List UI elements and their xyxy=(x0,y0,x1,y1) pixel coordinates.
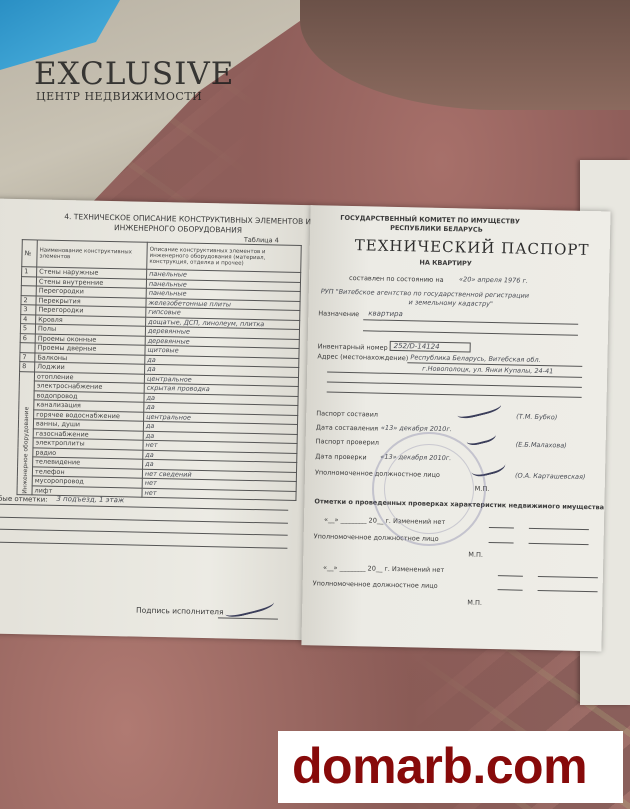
notes-line xyxy=(0,541,287,548)
name-blank xyxy=(529,543,589,545)
as-of-label: составлен по состоянию на xyxy=(349,274,444,284)
domarb-site: domarb.com xyxy=(292,737,587,795)
purpose-label: Назначение xyxy=(318,309,359,318)
row-number: 4 xyxy=(21,314,36,324)
official-name: (О.А. Карташевская) xyxy=(515,472,586,481)
inventory-label: Инвентарный номер xyxy=(318,342,388,351)
purpose-line xyxy=(363,330,578,336)
row-number xyxy=(21,286,36,296)
row-number: 2 xyxy=(21,295,36,305)
check-official-2: Уполномоченное должностное лицо xyxy=(313,579,438,590)
row-number: 5 xyxy=(20,324,35,334)
official-stamp xyxy=(372,432,486,546)
inventory-value: 252/D-14124 xyxy=(390,341,471,353)
header-name: Наименование конструктивных элементов xyxy=(37,240,148,269)
check-seal-1: М.П. xyxy=(468,551,483,559)
checked-date-label: Дата проверки xyxy=(315,452,367,461)
signature-label: Подпись исполнителя xyxy=(136,606,224,617)
document-subtitle: НА КВАРТИРУ xyxy=(419,258,472,267)
address-label: Адрес (местонахождение) xyxy=(317,352,408,362)
row-number xyxy=(20,343,35,353)
notes-line xyxy=(0,516,288,523)
row-value: нет xyxy=(142,488,296,501)
purpose-line xyxy=(363,319,578,325)
composed-date: «13» декабря 2010г. xyxy=(381,424,452,433)
as-of-value: «20» апреля 1976 г. xyxy=(459,275,528,284)
composed-name: (Т.М. Бубко) xyxy=(516,413,557,422)
watermark-logo: EXCLUSIVE ЦЕНТР НЕДВИЖИМОСТИ xyxy=(34,58,234,103)
row-number xyxy=(21,276,36,286)
address-line xyxy=(327,382,582,388)
header-description: Описание конструктивных элементов и инже… xyxy=(147,242,302,272)
signature-blank xyxy=(489,542,514,544)
notes-label: Особые отметки: xyxy=(0,494,48,503)
checked-signature xyxy=(465,426,497,447)
watermark-title: EXCLUSIVE xyxy=(34,58,234,90)
notes-line xyxy=(0,503,288,510)
check-seal-2: М.П. xyxy=(467,599,482,607)
signature-line xyxy=(218,617,278,619)
row-number: 1 xyxy=(22,267,37,277)
row-number: 6 xyxy=(20,333,35,343)
engineering-label: Инженерное оборудование xyxy=(17,371,35,495)
section-title-line2: ИНЖЕНЕРНОГО ОБОРУДОВАНИЯ xyxy=(114,223,242,235)
purpose-value: квартира xyxy=(368,309,403,318)
composed-signature xyxy=(455,397,502,421)
right-page: ГОСУДАРСТВЕННЫЙ КОМИТЕТ ПО ИМУЩЕСТВУ РЕС… xyxy=(301,205,610,651)
checked-label: Паспорт проверил xyxy=(316,437,379,446)
signature-blank xyxy=(498,575,523,577)
composed-date-label: Дата составления xyxy=(316,423,378,432)
name-blank xyxy=(538,590,598,592)
address-line xyxy=(327,392,582,398)
signature-blank xyxy=(489,527,514,529)
name-blank xyxy=(538,576,598,578)
equipment-table: № Наименование конструктивных элементов … xyxy=(16,239,301,501)
composed-label: Паспорт составил xyxy=(316,409,378,418)
row-number: 8 xyxy=(20,362,35,372)
header-num: № xyxy=(22,240,38,267)
domarb-watermark: domarb.com xyxy=(278,731,623,803)
authority-line2: РЕСПУБЛИКИ БЕЛАРУСЬ xyxy=(390,224,483,234)
technical-passport-spread: 4. ТЕХНИЧЕСКОЕ ОПИСАНИЕ КОНСТРУКТИВНЫХ Э… xyxy=(0,199,605,651)
organization-line2: и земельному кадастру" xyxy=(409,298,494,308)
name-blank xyxy=(529,528,589,530)
left-page: 4. ТЕХНИЧЕСКОЕ ОПИСАНИЕ КОНСТРУКТИВНЫХ Э… xyxy=(0,199,313,641)
document-title: ТЕХНИЧЕСКИЙ ПАСПОРТ xyxy=(355,236,590,259)
notes-value: 3 подъезд, 1 этаж xyxy=(56,495,124,504)
checked-name: (Е.Б.Малахова) xyxy=(516,441,567,450)
signature-blank xyxy=(498,589,523,591)
notes-line xyxy=(0,528,288,535)
row-number: 7 xyxy=(20,352,35,362)
check-line-2: «__» ________ 20__ г. Изменений нет xyxy=(323,564,444,575)
signature-mark xyxy=(223,594,275,620)
row-number: 3 xyxy=(21,305,36,315)
